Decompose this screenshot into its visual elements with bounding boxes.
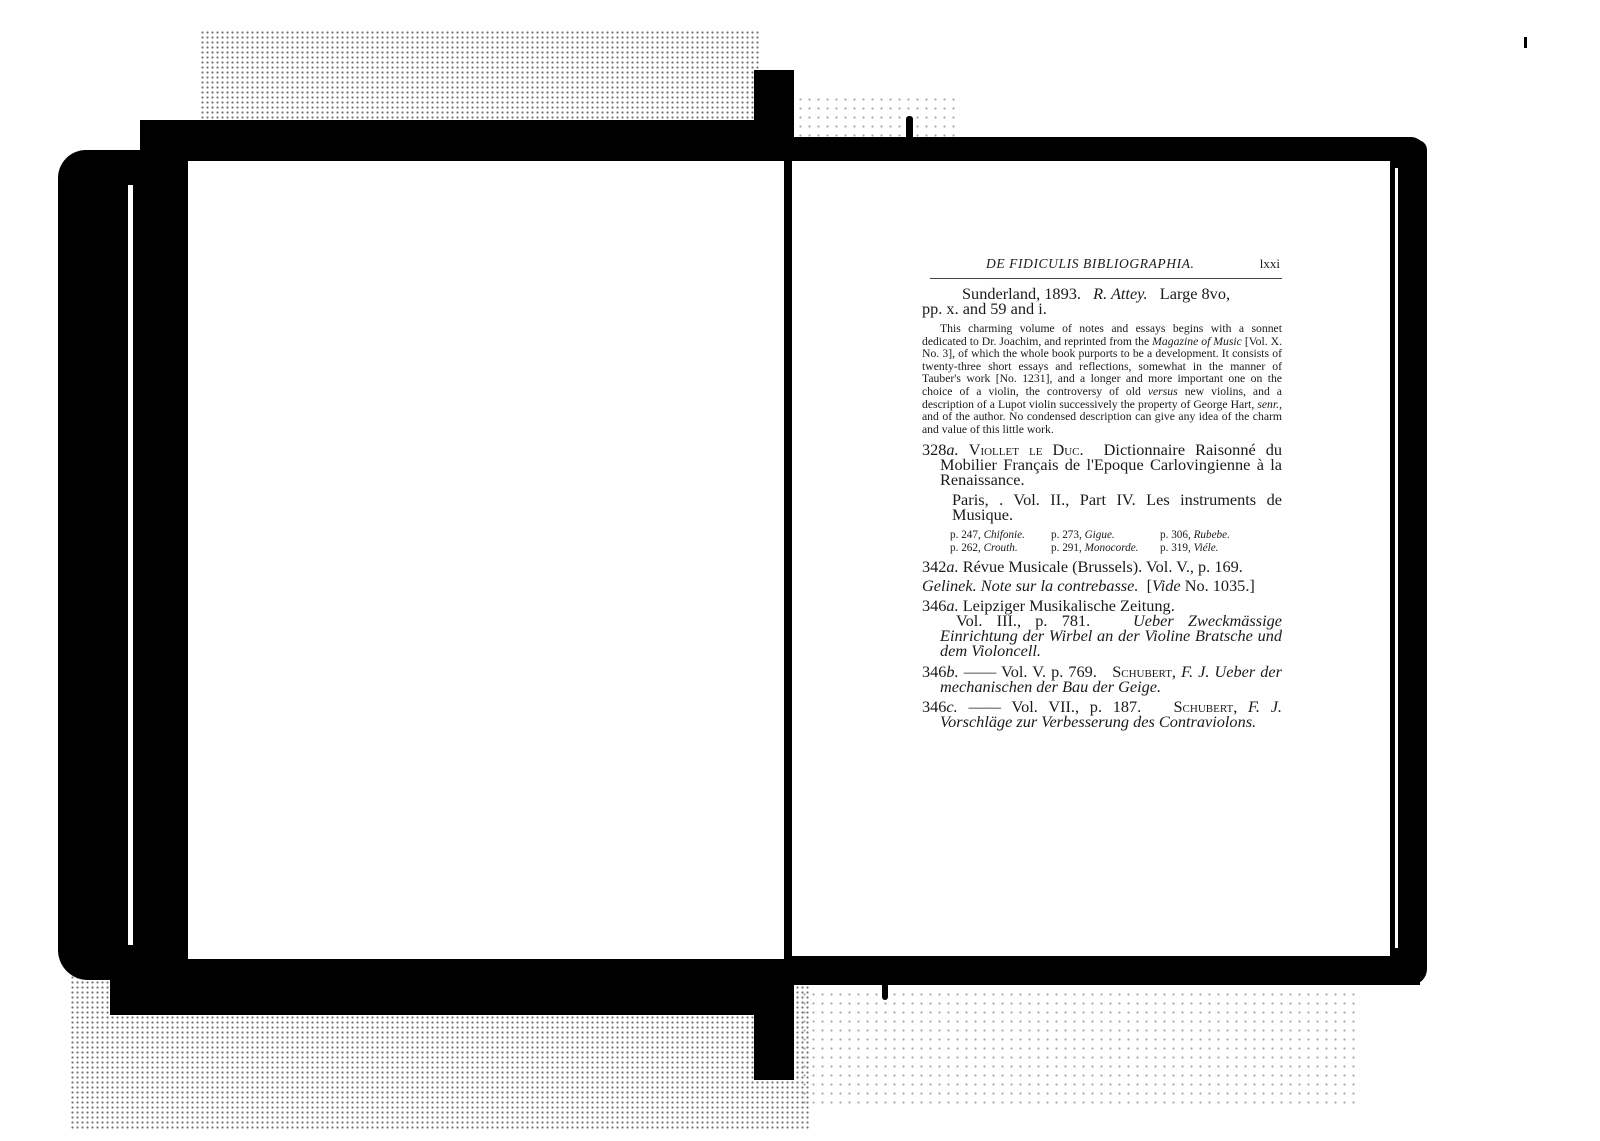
scan-noise-bottom-right [800, 990, 1360, 1110]
pagination: pp. x. and 59 and i. [922, 301, 1282, 316]
page-reference: p. 273, Gigue. [1051, 529, 1160, 542]
page-reference: p. 247, Chifonie. [950, 529, 1051, 542]
note-senr: senr. [1257, 398, 1279, 411]
corner-mark [1524, 37, 1527, 48]
page-number: lxxi [1260, 256, 1280, 272]
tab-mark-bottom [882, 980, 888, 1000]
entry-342a: 342a. Révue Musicale (Brussels). Vol. V.… [922, 559, 1282, 574]
imprint-text: Paris, . Vol. II., Part IV. Les instrume… [952, 490, 1282, 524]
tab-mark-top [906, 116, 913, 141]
entry-342a-article: Gelinek. Note sur la contrebasse. [Vide … [922, 578, 1282, 593]
running-head-title: DE FIDICULIS BIBLIOGRAPHIA. [986, 256, 1195, 272]
page-reference: p. 291, Monocorde. [1051, 542, 1160, 555]
cover-bottom-left [110, 955, 790, 1015]
entry-number: 342 [922, 557, 946, 576]
article-title: Vorschläge zur Verbesserung des Contravi… [940, 712, 1256, 731]
note-magazine: Magazine of Music [1152, 335, 1242, 348]
entry-328a: 328a. Viollet le Duc. Dictionnaire Raiso… [922, 442, 1282, 487]
cover-top-left [140, 120, 785, 165]
entry-346c: 346c. —— Vol. VII., p. 187. Schubert, F.… [922, 699, 1282, 729]
article-title: Gelinek. Note sur la contrebasse. [922, 576, 1138, 595]
text-column: DE FIDICULIS BIBLIOGRAPHIA. lxxi Sunderl… [922, 256, 1282, 729]
page-reference-list: p. 247, Chifonie.p. 273, Gigue.p. 306, R… [950, 529, 1282, 555]
entry-346a-article: Vol. III., p. 781. Ueber Zweckmässige Ei… [922, 613, 1282, 658]
entry-328a-imprint: Paris, . Vol. II., Part IV. Les instrume… [922, 492, 1282, 522]
format: Large 8vo, [1160, 284, 1230, 303]
entry-continuation: Sunderland, 1893. R. Attey. Large 8vo, p… [922, 286, 1282, 316]
vide: Vide [1152, 576, 1181, 595]
left-page-blank [188, 161, 784, 959]
entry-title: Révue Musicale (Brussels). Vol. V., p. 1… [963, 557, 1243, 576]
cover-right [1385, 140, 1427, 985]
page-reference: p. 319, Viéle. [1160, 542, 1282, 555]
entry-346b: 346b. —— Vol. V. p. 769. Schubert, F. J.… [922, 664, 1282, 694]
author-initials: F. J. [1181, 662, 1209, 681]
head-rule [930, 278, 1282, 279]
right-page-edge-stripe [1395, 168, 1398, 948]
entry-suffix: a. [946, 557, 958, 576]
running-head: DE FIDICULIS BIBLIOGRAPHIA. lxxi [922, 256, 1282, 272]
page-reference: p. 306, Rubebe. [1160, 529, 1282, 542]
page-reference: p. 262, Crouth. [950, 542, 1051, 555]
note-versus: versus [1148, 385, 1178, 398]
vide-ref: No. 1035.] [1181, 576, 1255, 595]
publisher: R. Attey. [1093, 284, 1147, 303]
left-page-edge-stripe [128, 185, 133, 945]
entry-note: This charming volume of notes and essays… [922, 323, 1282, 436]
